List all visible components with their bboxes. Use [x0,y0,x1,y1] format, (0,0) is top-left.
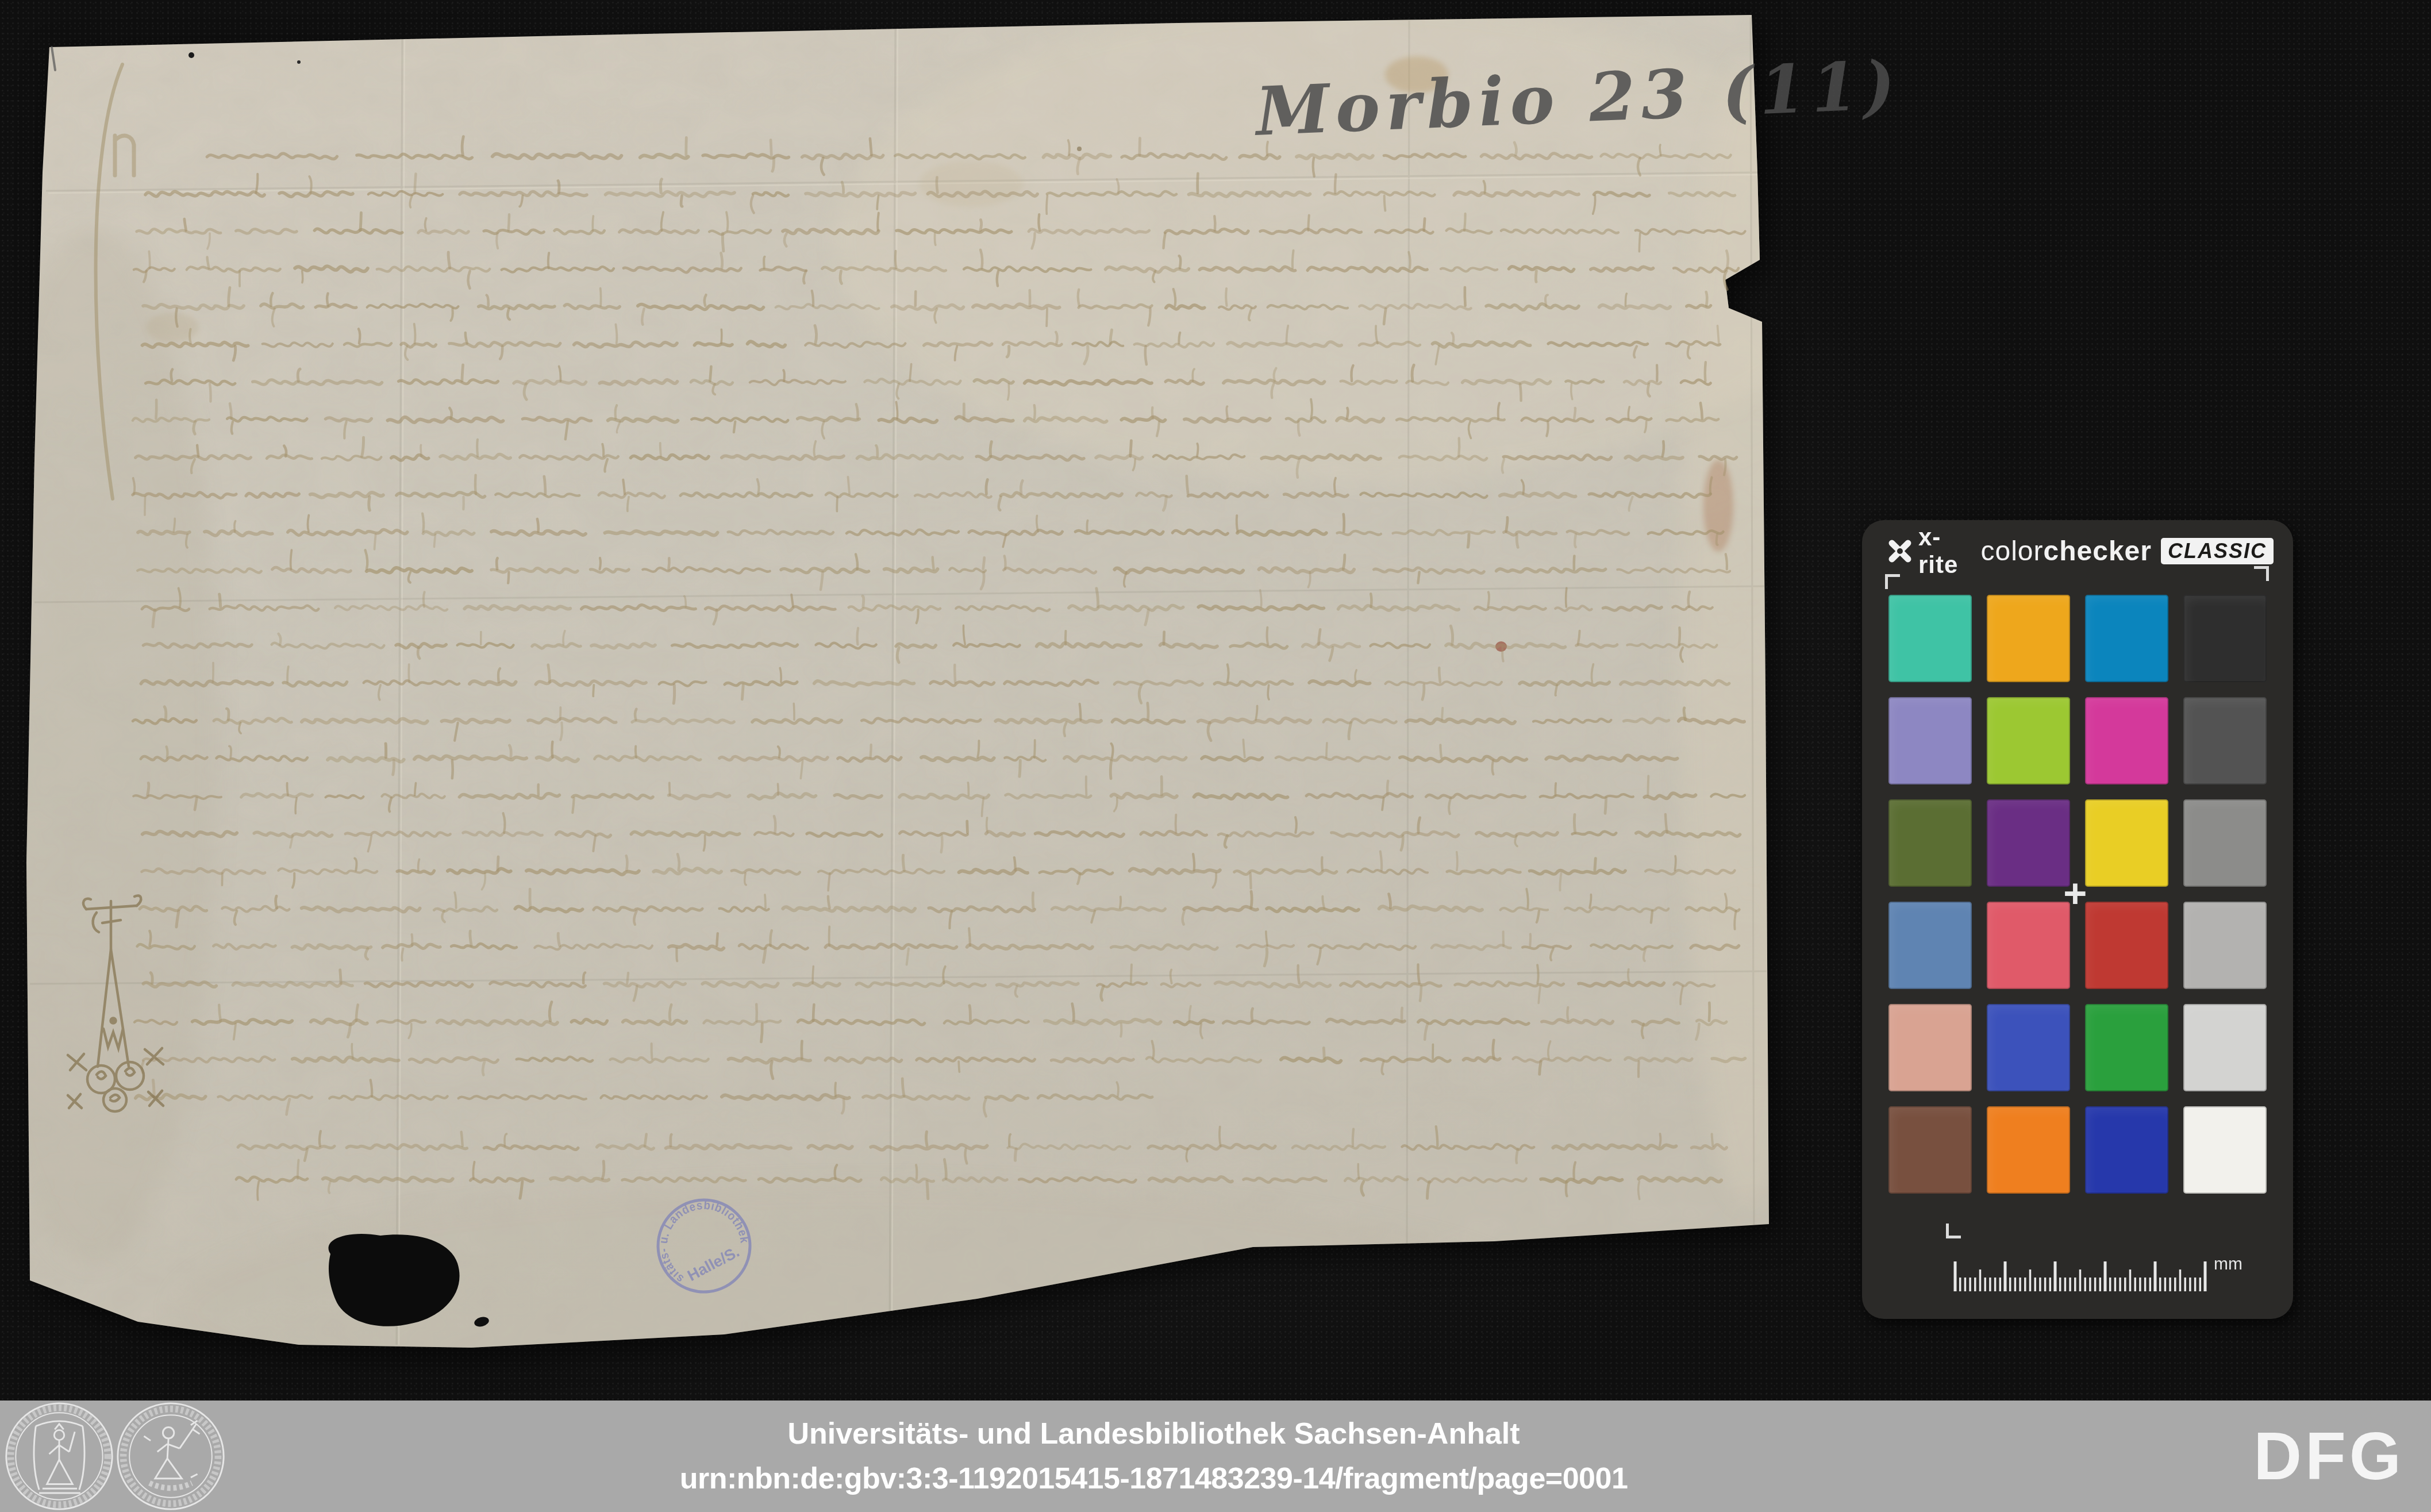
colorchecker-title-bold: checker [2044,536,2152,567]
university-seals [3,1401,226,1512]
document-urn: urn:nbn:de:gbv:3:3-1192015415-1871483239… [680,1461,1628,1496]
color-patch-r3c2 [1987,799,2070,887]
ruler-unit-label: mm [2214,1255,2242,1274]
colorchecker-title-light: color [1980,536,2043,567]
xrite-logo-text: x-rite [1918,524,1981,579]
color-patch-r3c1 [1888,799,1972,887]
footer-text: Universitäts- und Landesbibliothek Sachs… [517,1401,1790,1512]
colorchecker-header: x-rite colorchecker CLASSIC [1887,535,2274,567]
scan-page: sitäts- u. Landesbibliothek Halle/S. Mor… [0,0,2431,1512]
color-patch-r4c1 [1888,902,1972,989]
center-cross-mark: + [2064,874,2087,912]
millimeter-ruler [1953,1253,2217,1294]
registration-mark-bottom-left [1946,1224,1961,1238]
color-patch-r1c4 [2183,595,2267,682]
colorchecker-card: x-rite colorchecker CLASSIC + mm [1862,520,2293,1319]
xrite-x-icon [1887,538,1913,564]
color-patch-r1c1 [1888,595,1972,682]
footer-bar: Universitäts- und Landesbibliothek Sachs… [0,1401,2431,1512]
color-patch-r5c4 [2183,1004,2267,1091]
institution-name: Universitäts- und Landesbibliothek Sachs… [787,1417,1520,1451]
color-patch-r5c1 [1888,1004,1972,1091]
xrite-logo: x-rite [1887,524,1980,579]
color-patch-r4c4 [2183,902,2267,989]
color-patch-r4c3 [2085,902,2168,989]
dfg-logo: DFG [2253,1418,2405,1495]
university-seal-right-icon [115,1401,226,1512]
color-patch-r1c3 [2085,595,2168,682]
colorchecker-title: colorchecker [1980,536,2152,567]
color-patch-r6c2 [1987,1106,2070,1194]
registration-mark-top-left [1885,574,1900,589]
color-patch-r6c1 [1888,1106,1972,1194]
color-patch-r4c2 [1987,902,2070,989]
color-patch-r2c4 [2183,697,2267,784]
color-patch-r1c2 [1987,595,2070,682]
color-patch-r3c3 [2085,799,2168,887]
color-patch-r2c2 [1987,697,2070,784]
color-patch-r3c4 [2183,799,2267,887]
color-patch-r5c3 [2085,1004,2168,1091]
registration-mark-top-right [2254,566,2269,581]
classic-badge: CLASSIC [2161,538,2274,564]
color-patch-r6c4 [2183,1106,2267,1194]
color-patch-r2c3 [2085,697,2168,784]
color-patch-r2c1 [1888,697,1972,784]
color-patch-r5c2 [1987,1004,2070,1091]
university-seal-left-icon [3,1401,115,1512]
color-patch-r6c3 [2085,1106,2168,1194]
